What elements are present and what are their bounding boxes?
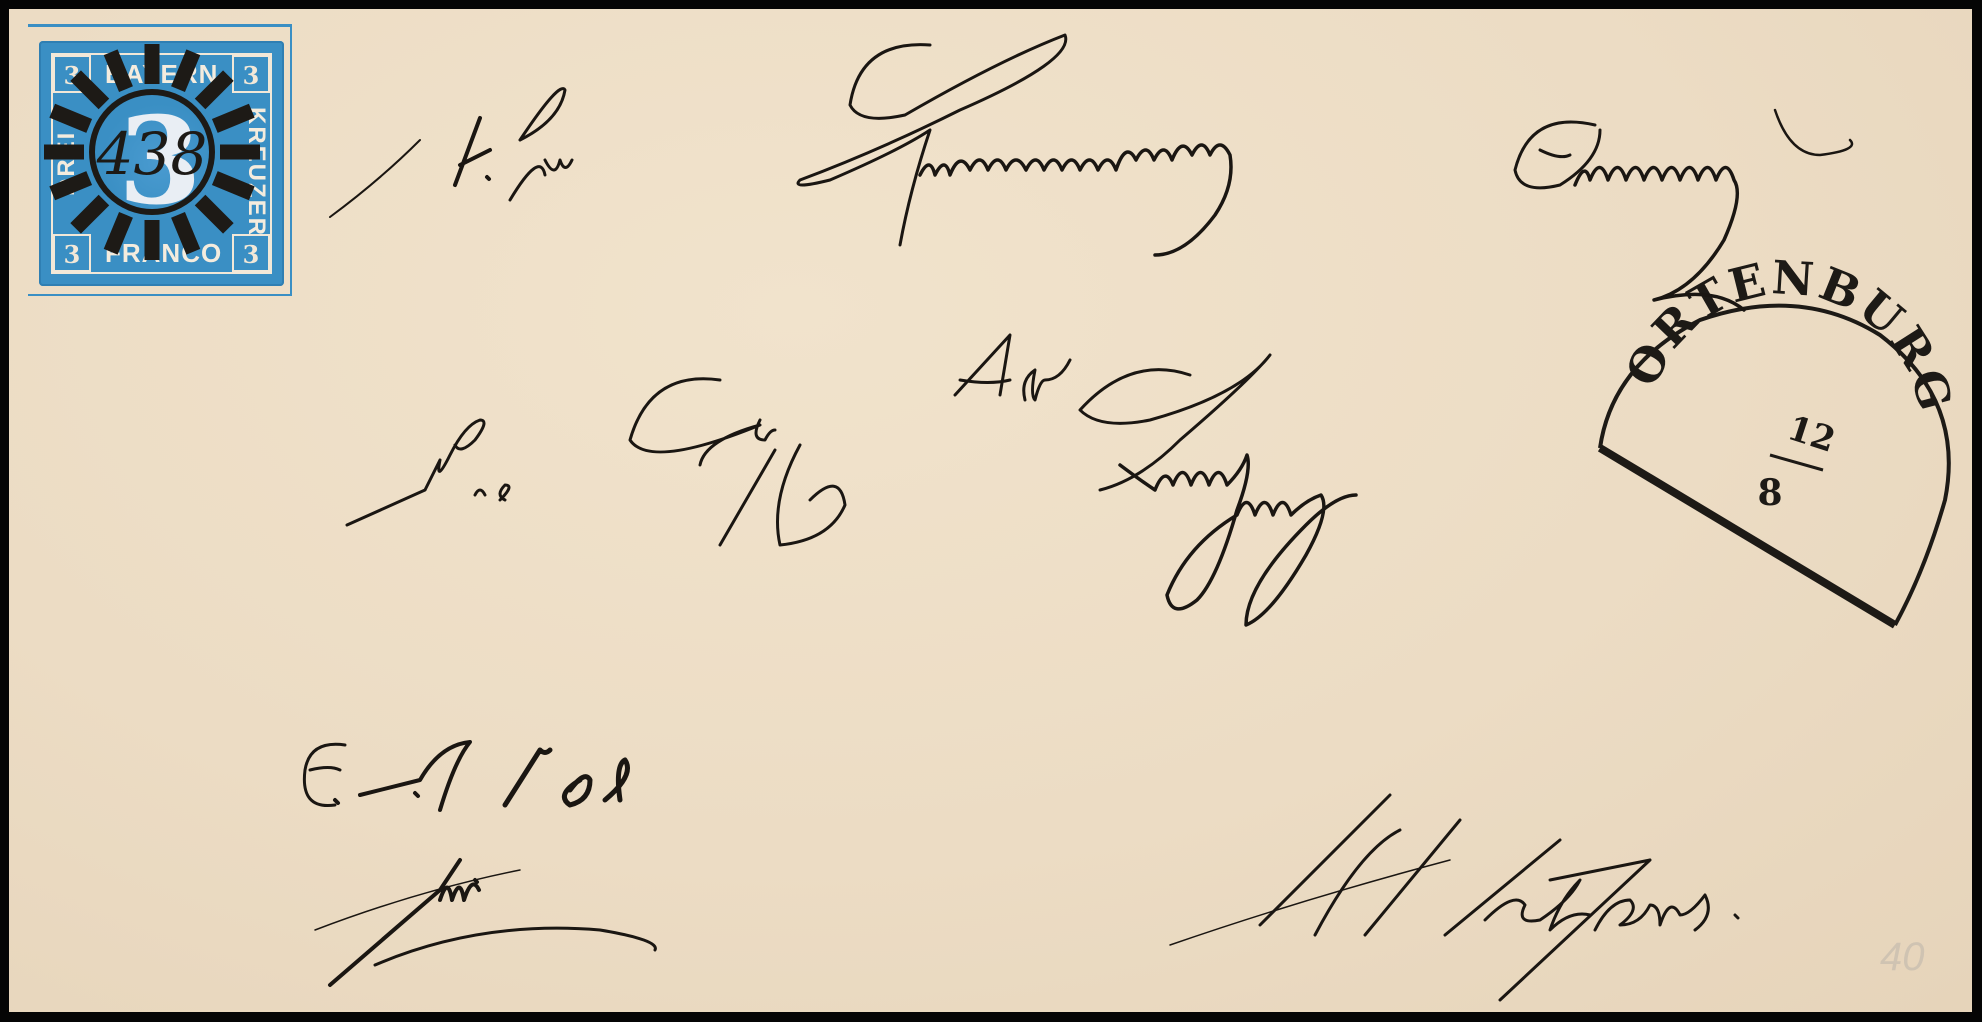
- town-postmark: ORTENBURG 12 8: [1600, 250, 1963, 625]
- postmark-day: 12: [1783, 408, 1840, 461]
- cancel-number: 438: [96, 120, 208, 188]
- handwritten-reference: [347, 379, 845, 545]
- numeral-cancel: 438: [44, 44, 260, 260]
- ink-layer: 438 ORTENBURG 12 8: [0, 0, 1982, 1022]
- handwritten-recipient: [955, 335, 1356, 625]
- handwritten-destination: [1170, 795, 1738, 1000]
- postmark-month: 8: [1757, 472, 1782, 514]
- handwritten-docket: [304, 742, 627, 810]
- handwritten-note: [315, 860, 655, 985]
- svg-text:40: 40: [1880, 935, 1925, 979]
- pencil-mark: 40: [1880, 935, 1925, 979]
- handwritten-address-line-1: [330, 35, 1852, 310]
- postmark-town: ORTENBURG: [1615, 250, 1964, 419]
